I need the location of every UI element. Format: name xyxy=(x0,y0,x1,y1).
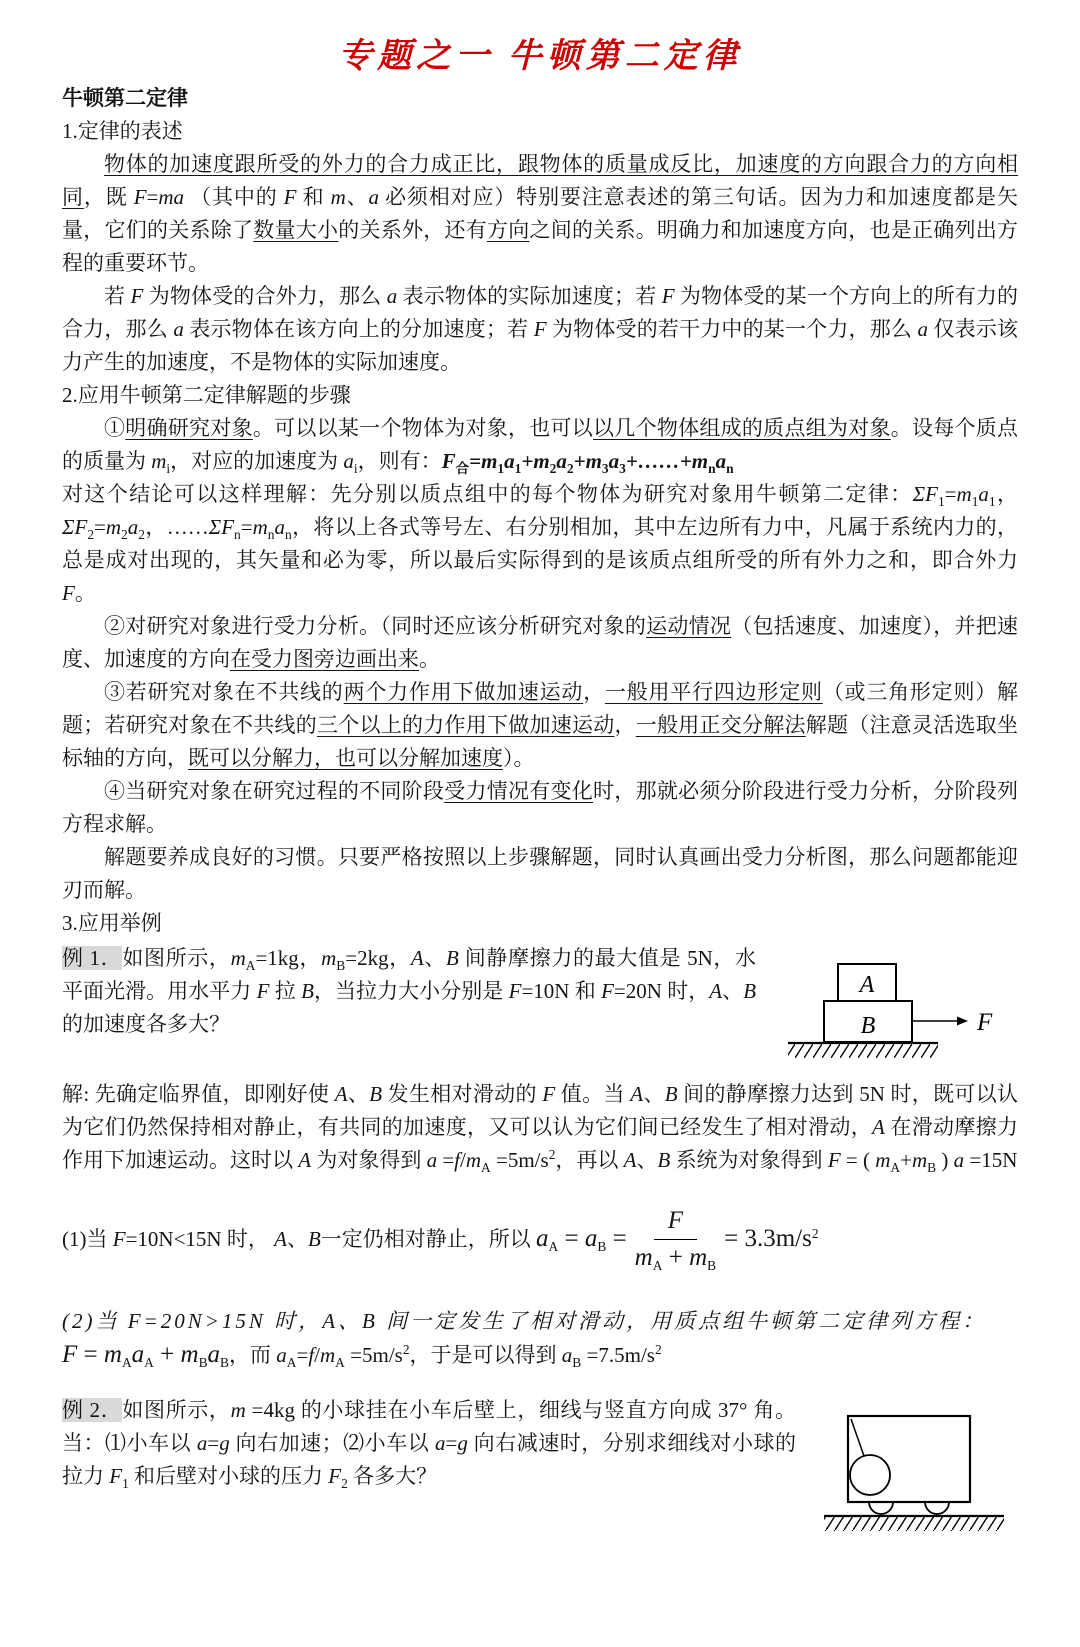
text-segment: a xyxy=(197,1431,208,1455)
text-segment: F xyxy=(62,1341,77,1368)
text-segment: + xyxy=(900,1148,912,1172)
text-segment: 2 xyxy=(567,461,574,476)
text-segment: A xyxy=(298,1148,311,1172)
text-segment: 在受力图旁边画出来 xyxy=(230,647,419,671)
text-segment: 明确研究对象 xyxy=(125,416,253,440)
text-segment: a xyxy=(173,317,184,341)
text-segment: F xyxy=(134,185,147,209)
text-segment: ③若研究对象在不共线的 xyxy=(104,680,344,704)
text-segment: A xyxy=(624,1148,637,1172)
text-segment: 2 xyxy=(403,1342,410,1357)
text-segment: a xyxy=(918,317,929,341)
text-segment: n xyxy=(234,527,241,542)
document-page: 专题之一 牛顿第二定律 牛顿第二定律 1.定律的表述 物体的加速度跟所受的外力的… xyxy=(0,0,1080,1647)
text-segment: ma xyxy=(158,185,184,209)
text-segment: m xyxy=(331,185,346,209)
text-segment: m xyxy=(231,1398,246,1422)
text-segment: = xyxy=(77,1341,104,1368)
text-segment: F xyxy=(328,1464,341,1488)
text-segment: a xyxy=(435,1431,446,1455)
text-segment: 的关系外，还有 xyxy=(338,218,487,242)
text-segment: 、 xyxy=(287,1227,308,1251)
text-segment: B xyxy=(927,1160,936,1175)
text-segment: A xyxy=(890,1160,900,1175)
text-segment: F xyxy=(668,1207,683,1234)
text-segment: m xyxy=(181,1341,199,1368)
text-segment: 和 xyxy=(297,185,331,209)
text-segment: ④当研究对象在研究过程的不同阶段 xyxy=(104,779,444,803)
text-segment: =5m/s xyxy=(491,1148,549,1172)
text-segment: ，对应的加速度为 xyxy=(170,449,343,473)
text-segment: ΣF xyxy=(209,515,234,539)
text-segment: 解: 先确定临界值，即刚好使 xyxy=(62,1082,335,1106)
text-segment: a xyxy=(954,1148,965,1172)
text-segment: + xyxy=(662,1244,689,1271)
text-segment: m xyxy=(689,1244,707,1271)
text-segment: 2 xyxy=(812,1226,819,1241)
text-segment: =1kg， xyxy=(255,946,321,970)
text-segment: 数量大小 xyxy=(253,218,338,242)
force-arrow-head xyxy=(957,1017,968,1026)
text-segment: 表示物体的实际加速度；若 xyxy=(397,284,661,308)
text-segment: = ( xyxy=(841,1148,876,1172)
text-segment: m xyxy=(635,1244,653,1271)
text-segment: 、 xyxy=(722,979,743,1003)
text-segment: = xyxy=(945,482,957,506)
text-segment: 三个以上的力作用下做加速运动 xyxy=(317,713,615,737)
text-segment: 为物体受的若干力中的某一个力，那么 xyxy=(547,317,918,341)
text-segment: =m xyxy=(469,449,497,473)
text-segment: = xyxy=(558,1225,585,1252)
text-segment: =15N xyxy=(964,1148,1017,1172)
text-segment: ）。 xyxy=(503,746,535,770)
text-segment: 若 xyxy=(104,284,131,308)
text-segment: A xyxy=(144,1355,154,1370)
text-segment: 2 xyxy=(138,527,145,542)
text-segment: = 3.3m/s xyxy=(724,1225,812,1252)
paragraph-law-statement: 物体的加速度跟所受的外力的合力成正比，跟物体的质量成反比，加速度的方向跟合力的方… xyxy=(62,148,1018,280)
text-segment: 拉 xyxy=(269,979,301,1003)
text-segment: 例 1． xyxy=(62,946,122,970)
case-1-result: = 3.3m/s2 xyxy=(724,1222,818,1256)
text-segment: 和后壁对小球的压力 xyxy=(129,1464,329,1488)
block-b-label: B xyxy=(861,1013,876,1039)
text-segment: A xyxy=(411,946,424,970)
text-segment: 为物体受的合外力，那么 xyxy=(143,284,386,308)
text-segment: F xyxy=(542,1082,555,1106)
text-segment: a xyxy=(504,449,515,473)
text-segment: 对这个结论可以这样理解：先分别以质点组中的每个物体为研究对象用牛顿第二定律： xyxy=(62,482,913,506)
text-segment: 、 xyxy=(346,185,369,209)
ground-hatch xyxy=(824,1517,1004,1531)
section-heading-law: 牛顿第二定律 xyxy=(62,82,1018,115)
text-segment: m xyxy=(231,946,246,970)
text-segment: A xyxy=(653,1258,663,1273)
text-segment: 。 xyxy=(75,581,96,605)
text-segment: B xyxy=(572,1355,581,1370)
text-segment: (1)当 xyxy=(62,1227,113,1251)
text-segment: 2 xyxy=(341,1476,348,1491)
text-segment: a xyxy=(343,449,354,473)
text-segment: (2)当 xyxy=(62,1309,128,1333)
text-segment: F xyxy=(442,449,456,473)
text-segment: =7.5m/s xyxy=(581,1343,655,1367)
text-segment: a xyxy=(274,515,285,539)
text-segment: 、 xyxy=(424,946,446,970)
example-2-block: 例 2．如图所示，m =4kg 的小球挂在小车后壁上，细线与竖直方向成 37° … xyxy=(62,1394,1018,1590)
text-segment: a xyxy=(609,449,620,473)
text-segment: n xyxy=(708,461,715,476)
text-segment: a xyxy=(208,1341,221,1368)
text-segment: 如图所示， xyxy=(122,1398,230,1422)
text-segment: ， xyxy=(583,680,605,704)
text-segment: ) xyxy=(936,1148,954,1172)
blocks-figure-svg: A B F xyxy=(768,946,1018,1064)
text-segment: A xyxy=(335,1355,345,1370)
text-segment: 、 xyxy=(338,1309,362,1333)
text-segment: =10N<15N 时， xyxy=(126,1227,275,1251)
text-segment: 一般用正交分解法 xyxy=(636,713,806,737)
text-segment: a xyxy=(387,284,398,308)
text-segment: m xyxy=(320,1343,335,1367)
text-segment: B xyxy=(446,946,459,970)
text-segment: F xyxy=(113,1227,126,1251)
text-segment: （其中的 xyxy=(184,185,284,209)
text-segment: a xyxy=(128,515,139,539)
text-segment: n xyxy=(726,461,733,476)
text-segment: F xyxy=(284,185,297,209)
text-segment: 方向 xyxy=(487,218,530,242)
text-segment: ，既 xyxy=(84,185,134,209)
text-segment: F xyxy=(601,979,614,1003)
text-segment: ，再以 xyxy=(555,1148,623,1172)
solution-case-2: (2)当 F=20N>15N 时，A、B 间一定发生了相对滑动，用质点组牛顿第二… xyxy=(62,1305,1018,1338)
text-segment: B xyxy=(707,1258,716,1273)
text-segment: m xyxy=(104,1341,122,1368)
paragraph-step-4: ④当研究对象在研究过程的不同阶段受力情况有变化时，那就必须分阶段进行受力分析，分… xyxy=(62,775,1018,841)
text-segment: a xyxy=(585,1225,598,1252)
figure-cart-ball xyxy=(808,1404,1018,1586)
text-segment: 解题要养成良好的习惯。只要严格按照以上步骤解题，同时认真画出受力分析图，那么问题… xyxy=(62,845,1018,902)
cart-figure-svg xyxy=(808,1404,1018,1576)
text-segment: m xyxy=(151,449,166,473)
text-segment: B xyxy=(362,1309,378,1333)
text-segment: 系统为对象得到 xyxy=(670,1148,828,1172)
text-segment: m xyxy=(957,482,972,506)
text-segment: F xyxy=(257,979,270,1003)
text-segment: =2kg， xyxy=(345,946,411,970)
text-segment: =5m/s xyxy=(345,1343,403,1367)
text-segment: A xyxy=(481,1160,491,1175)
figure-blocks-ab: A B F xyxy=(768,946,1018,1074)
text-segment: A xyxy=(322,1309,338,1333)
text-segment: 。 xyxy=(419,647,440,671)
text-segment: g xyxy=(219,1431,230,1455)
solution-case-1: (1)当 F=10N<15N 时， A、B一定仍相对静止，所以 aA = aB … xyxy=(62,1203,1018,1275)
text-segment: a xyxy=(978,482,989,506)
text-segment: B xyxy=(301,979,314,1003)
ball xyxy=(850,1455,890,1495)
text-segment: 合 xyxy=(456,461,469,476)
paragraph-habit: 解题要养成良好的习惯。只要严格按照以上步骤解题，同时认真画出受力分析图，那么问题… xyxy=(62,841,1018,907)
fraction: F mA + mB xyxy=(635,1205,716,1274)
text-segment: m xyxy=(912,1148,927,1172)
text-segment: = xyxy=(207,1431,219,1455)
text-segment: 值。当 xyxy=(555,1082,630,1106)
text-segment: 为对象得到 xyxy=(311,1148,427,1172)
text-segment: =20N>15N 时， xyxy=(144,1309,323,1333)
text-segment: ，则有： xyxy=(358,449,442,473)
text-segment: A xyxy=(335,1082,348,1106)
text-segment: 一定仍相对静止，所以 xyxy=(321,1227,536,1251)
block-a-label: A xyxy=(858,972,875,998)
text-segment: = xyxy=(241,515,253,539)
text-segment: ，…… xyxy=(145,515,209,539)
text-segment: B xyxy=(743,979,756,1003)
text-segment: 1 xyxy=(989,494,996,509)
text-segment: = xyxy=(437,1148,454,1172)
text-segment: ，而 xyxy=(229,1343,276,1367)
force-label: F xyxy=(976,1009,993,1036)
text-segment: B xyxy=(597,1239,606,1254)
text-segment: m xyxy=(106,515,121,539)
text-segment: a xyxy=(562,1343,573,1367)
paragraph-step-1: ①明确研究对象。可以以某一个物体为对象，也可以以几个物体组成的质点组为对象。设每… xyxy=(62,412,1018,478)
text-segment: A xyxy=(630,1082,643,1106)
text-segment: a xyxy=(716,449,727,473)
text-segment: 受力情况有变化 xyxy=(444,779,593,803)
text-segment: 。可以以某一个物体为对象，也可以 xyxy=(253,416,593,440)
text-segment: 两个力作用下做加速运动 xyxy=(344,680,584,704)
text-segment: +m xyxy=(521,449,549,473)
text-segment: ， xyxy=(996,482,1018,506)
text-segment: 以几个物体组成的质点组为对象 xyxy=(593,416,891,440)
text-segment: ②对研究对象进行受力分析。（同时还应该分析研究对象的 xyxy=(104,614,646,638)
paragraph-step-2: ②对研究对象进行受力分析。（同时还应该分析研究对象的运动情况（包括速度、加速度）… xyxy=(62,610,1018,676)
text-segment: 3 xyxy=(619,461,626,476)
text-segment: ，当拉力大小分别是 xyxy=(314,979,509,1003)
document-body: 牛顿第二定律 1.定律的表述 物体的加速度跟所受的外力的合力成正比，跟物体的质量… xyxy=(62,82,1018,1590)
text-segment: ，于是可以得到 xyxy=(410,1343,562,1367)
solution-1-text: 解: 先确定临界值，即刚好使 A、B 发生相对滑动的 F 值。当 A、B 间的静… xyxy=(62,1078,1018,1177)
text-segment: F xyxy=(62,581,75,605)
page-title: 专题之一 牛顿第二定律 xyxy=(0,28,1080,77)
text-segment: 1 xyxy=(938,494,945,509)
text-segment: +m xyxy=(574,449,602,473)
text-segment: B xyxy=(336,958,345,973)
text-segment: m xyxy=(466,1148,481,1172)
text-segment: = xyxy=(94,515,106,539)
text-segment: B xyxy=(308,1227,321,1251)
text-segment: A xyxy=(122,1355,132,1370)
text-segment: =10N 和 xyxy=(521,979,601,1003)
text-segment: a xyxy=(556,449,567,473)
text-segment: ΣF xyxy=(62,515,87,539)
text-segment: 、 xyxy=(643,1082,665,1106)
text-segment: ΣF xyxy=(913,482,938,506)
text-segment: 运动情况 xyxy=(646,614,731,638)
text-segment: a xyxy=(427,1148,438,1172)
text-segment: F xyxy=(509,979,522,1003)
text-segment: F xyxy=(131,284,144,308)
text-segment: F xyxy=(662,284,675,308)
text-segment: a xyxy=(276,1343,287,1367)
text-segment: A xyxy=(274,1227,287,1251)
text-segment: B xyxy=(657,1148,670,1172)
text-segment: a xyxy=(132,1341,145,1368)
text-segment: A xyxy=(709,979,722,1003)
text-segment: = xyxy=(606,1225,626,1252)
text-segment: 2 xyxy=(121,527,128,542)
text-segment: 各多大？ xyxy=(348,1464,437,1488)
text-segment: 、 xyxy=(348,1082,370,1106)
text-segment: ① xyxy=(104,416,125,440)
fraction-numerator: F xyxy=(654,1205,697,1240)
text-segment: 2 xyxy=(655,1342,662,1357)
text-segment: = xyxy=(446,1431,458,1455)
text-segment: 1 xyxy=(122,1476,129,1491)
ground-hatch xyxy=(788,1044,938,1058)
text-segment: + xyxy=(154,1341,181,1368)
text-segment: F xyxy=(109,1464,122,1488)
text-segment: B xyxy=(220,1355,229,1370)
text-segment: A xyxy=(549,1239,559,1254)
text-segment: =20N 时， xyxy=(614,979,709,1003)
text-segment: 发生相对滑动的 xyxy=(382,1082,542,1106)
subheading-1: 1.定律的表述 xyxy=(62,115,1018,148)
fraction-denominator: mA + mB xyxy=(635,1240,716,1273)
text-segment: 既可以分解力，也可以分解加速度 xyxy=(188,746,503,770)
text-segment: 如图所示， xyxy=(122,946,230,970)
text-segment: F xyxy=(828,1148,841,1172)
text-segment: F xyxy=(128,1309,144,1333)
case-1-lead: (1)当 F=10N<15N 时， A、B一定仍相对静止，所以 aA = aB … xyxy=(62,1222,627,1256)
text-segment: 向右加速；⑵小车以 xyxy=(230,1431,435,1455)
case-2-formula: F = mAaA + mBaB，而 aA=f/mA =5m/s2，于是可以得到 … xyxy=(62,1338,1018,1372)
text-segment: B xyxy=(665,1082,678,1106)
paragraph-force-meaning: 若 F 为物体受的合外力，那么 a 表示物体的实际加速度；若 F 为物体受的某一… xyxy=(62,280,1018,379)
paragraph-step-3: ③若研究对象在不共线的两个力作用下做加速运动，一般用平行四边形定则（或三角形定则… xyxy=(62,676,1018,775)
text-segment: 一般用平行四边形定则 xyxy=(605,680,823,704)
text-segment: A xyxy=(287,1355,297,1370)
text-segment: n xyxy=(285,527,292,542)
text-segment: B xyxy=(199,1355,208,1370)
text-segment: 、 xyxy=(636,1148,657,1172)
text-segment: = xyxy=(147,185,159,209)
text-segment: a xyxy=(368,185,379,209)
subheading-3: 3.应用举例 xyxy=(62,907,1018,940)
text-segment: = xyxy=(296,1343,308,1367)
text-segment: a xyxy=(536,1225,549,1252)
text-segment: 的加速度各多大？ xyxy=(62,1012,230,1036)
text-segment: +……+m xyxy=(626,449,708,473)
text-segment: g xyxy=(457,1431,468,1455)
text-segment: m xyxy=(321,946,336,970)
text-segment: A xyxy=(246,958,256,973)
text-segment: 例 2． xyxy=(62,1398,122,1422)
text-segment: F xyxy=(534,317,547,341)
subheading-2: 2.应用牛顿第二定律解题的步骤 xyxy=(62,379,1018,412)
text-segment: 间一定发生了相对滑动，用质点组牛顿第二定律列方程： xyxy=(378,1309,986,1333)
text-segment: 表示物体在该方向上的分加速度；若 xyxy=(184,317,534,341)
text-segment: m xyxy=(253,515,268,539)
text-segment: 3 xyxy=(602,461,609,476)
text-segment: A xyxy=(872,1115,885,1139)
paragraph-step-1-explain: 对这个结论可以这样理解：先分别以质点组中的每个物体为研究对象用牛顿第二定律：ΣF… xyxy=(62,478,1018,610)
example-1-block: A B F 例 1．如图所示，mA=1kg，mB=2kg，A、B 间静摩擦力的最… xyxy=(62,942,1018,1041)
text-segment: B xyxy=(369,1082,382,1106)
text-segment: m xyxy=(875,1148,890,1172)
text-segment: ， xyxy=(615,713,636,737)
